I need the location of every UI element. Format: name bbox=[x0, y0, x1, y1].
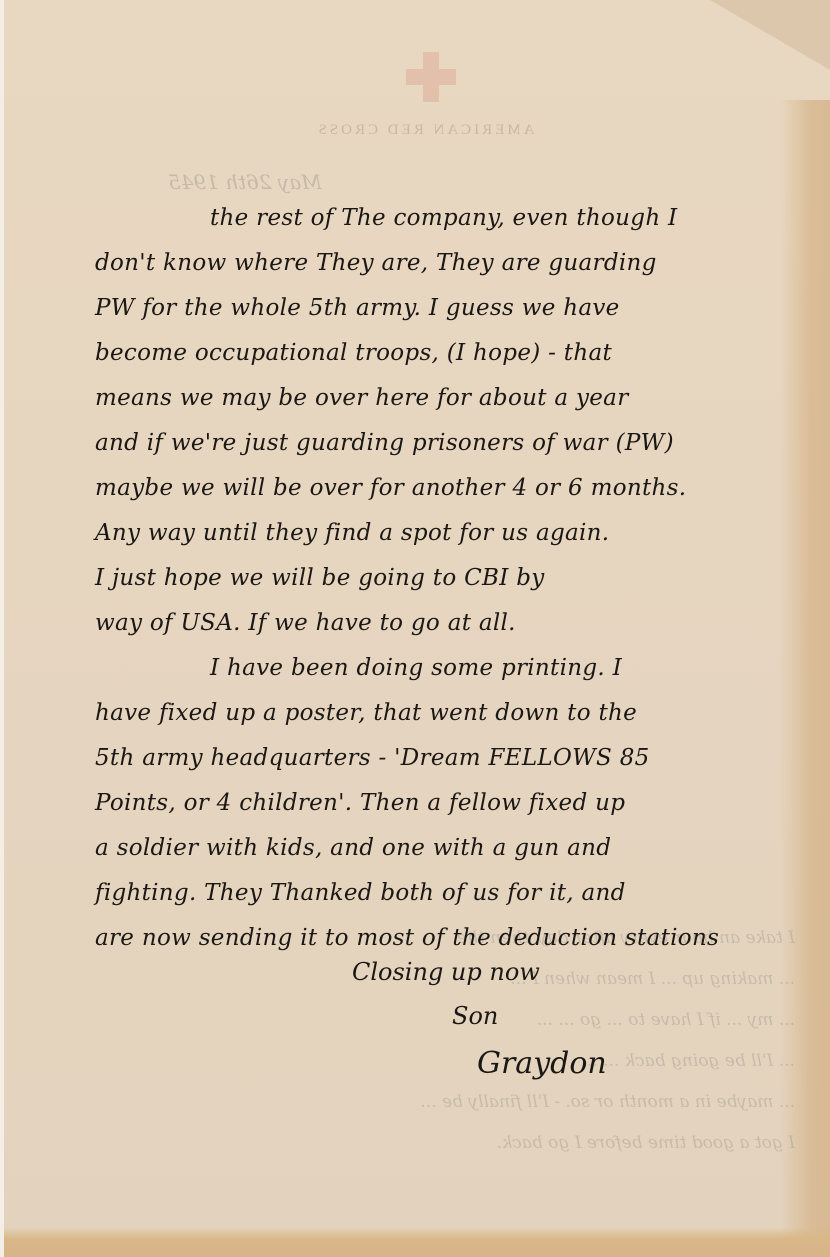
bleed-through-date: May 26th 1945 bbox=[168, 170, 322, 194]
closing-phrase: Closing up now bbox=[352, 950, 672, 994]
red-cross-icon bbox=[406, 52, 456, 102]
letter-line: way of USA. If we have to go at all. bbox=[95, 601, 795, 646]
letter-line: PW for the whole 5th army. I guess we ha… bbox=[95, 286, 795, 331]
letter-closing: Closing up now Son Graydon bbox=[352, 950, 672, 1090]
closing-relation: Son bbox=[352, 994, 672, 1038]
letter-line: 5th army headquarters - 'Dream FELLOWS 8… bbox=[95, 736, 795, 781]
paper-edge-stain-bottom bbox=[4, 1227, 830, 1257]
letter-line: I just hope we will be going to CBI by bbox=[95, 556, 795, 601]
letter-line: the rest of The company, even though I bbox=[95, 196, 795, 241]
letter-line: means we may be over here for about a ye… bbox=[95, 376, 795, 421]
bleed-through-line: I got a good time before I go back. bbox=[95, 1123, 795, 1164]
letter-line: fighting. They Thanked both of us for it… bbox=[95, 871, 795, 916]
letter-line: have fixed up a poster, that went down t… bbox=[95, 691, 795, 736]
letter-body: the rest of The company, even though I d… bbox=[95, 196, 795, 961]
letter-line: a soldier with kids, and one with a gun … bbox=[95, 826, 795, 871]
letter-line: Points, or 4 children'. Then a fellow fi… bbox=[95, 781, 795, 826]
letter-line: maybe we will be over for another 4 or 6… bbox=[95, 466, 795, 511]
letter-line: I have been doing some printing. I bbox=[95, 646, 795, 691]
letter-line: Any way until they find a spot for us ag… bbox=[95, 511, 795, 556]
folded-corner bbox=[710, 0, 830, 70]
signature: Graydon bbox=[352, 1038, 672, 1090]
letterhead: AMERICAN RED CROSS bbox=[290, 122, 560, 139]
letter-line: and if we're just guarding prisoners of … bbox=[95, 421, 795, 466]
letter-line: don't know where They are, They are guar… bbox=[95, 241, 795, 286]
letter-line: become occupational troops, (I hope) - t… bbox=[95, 331, 795, 376]
